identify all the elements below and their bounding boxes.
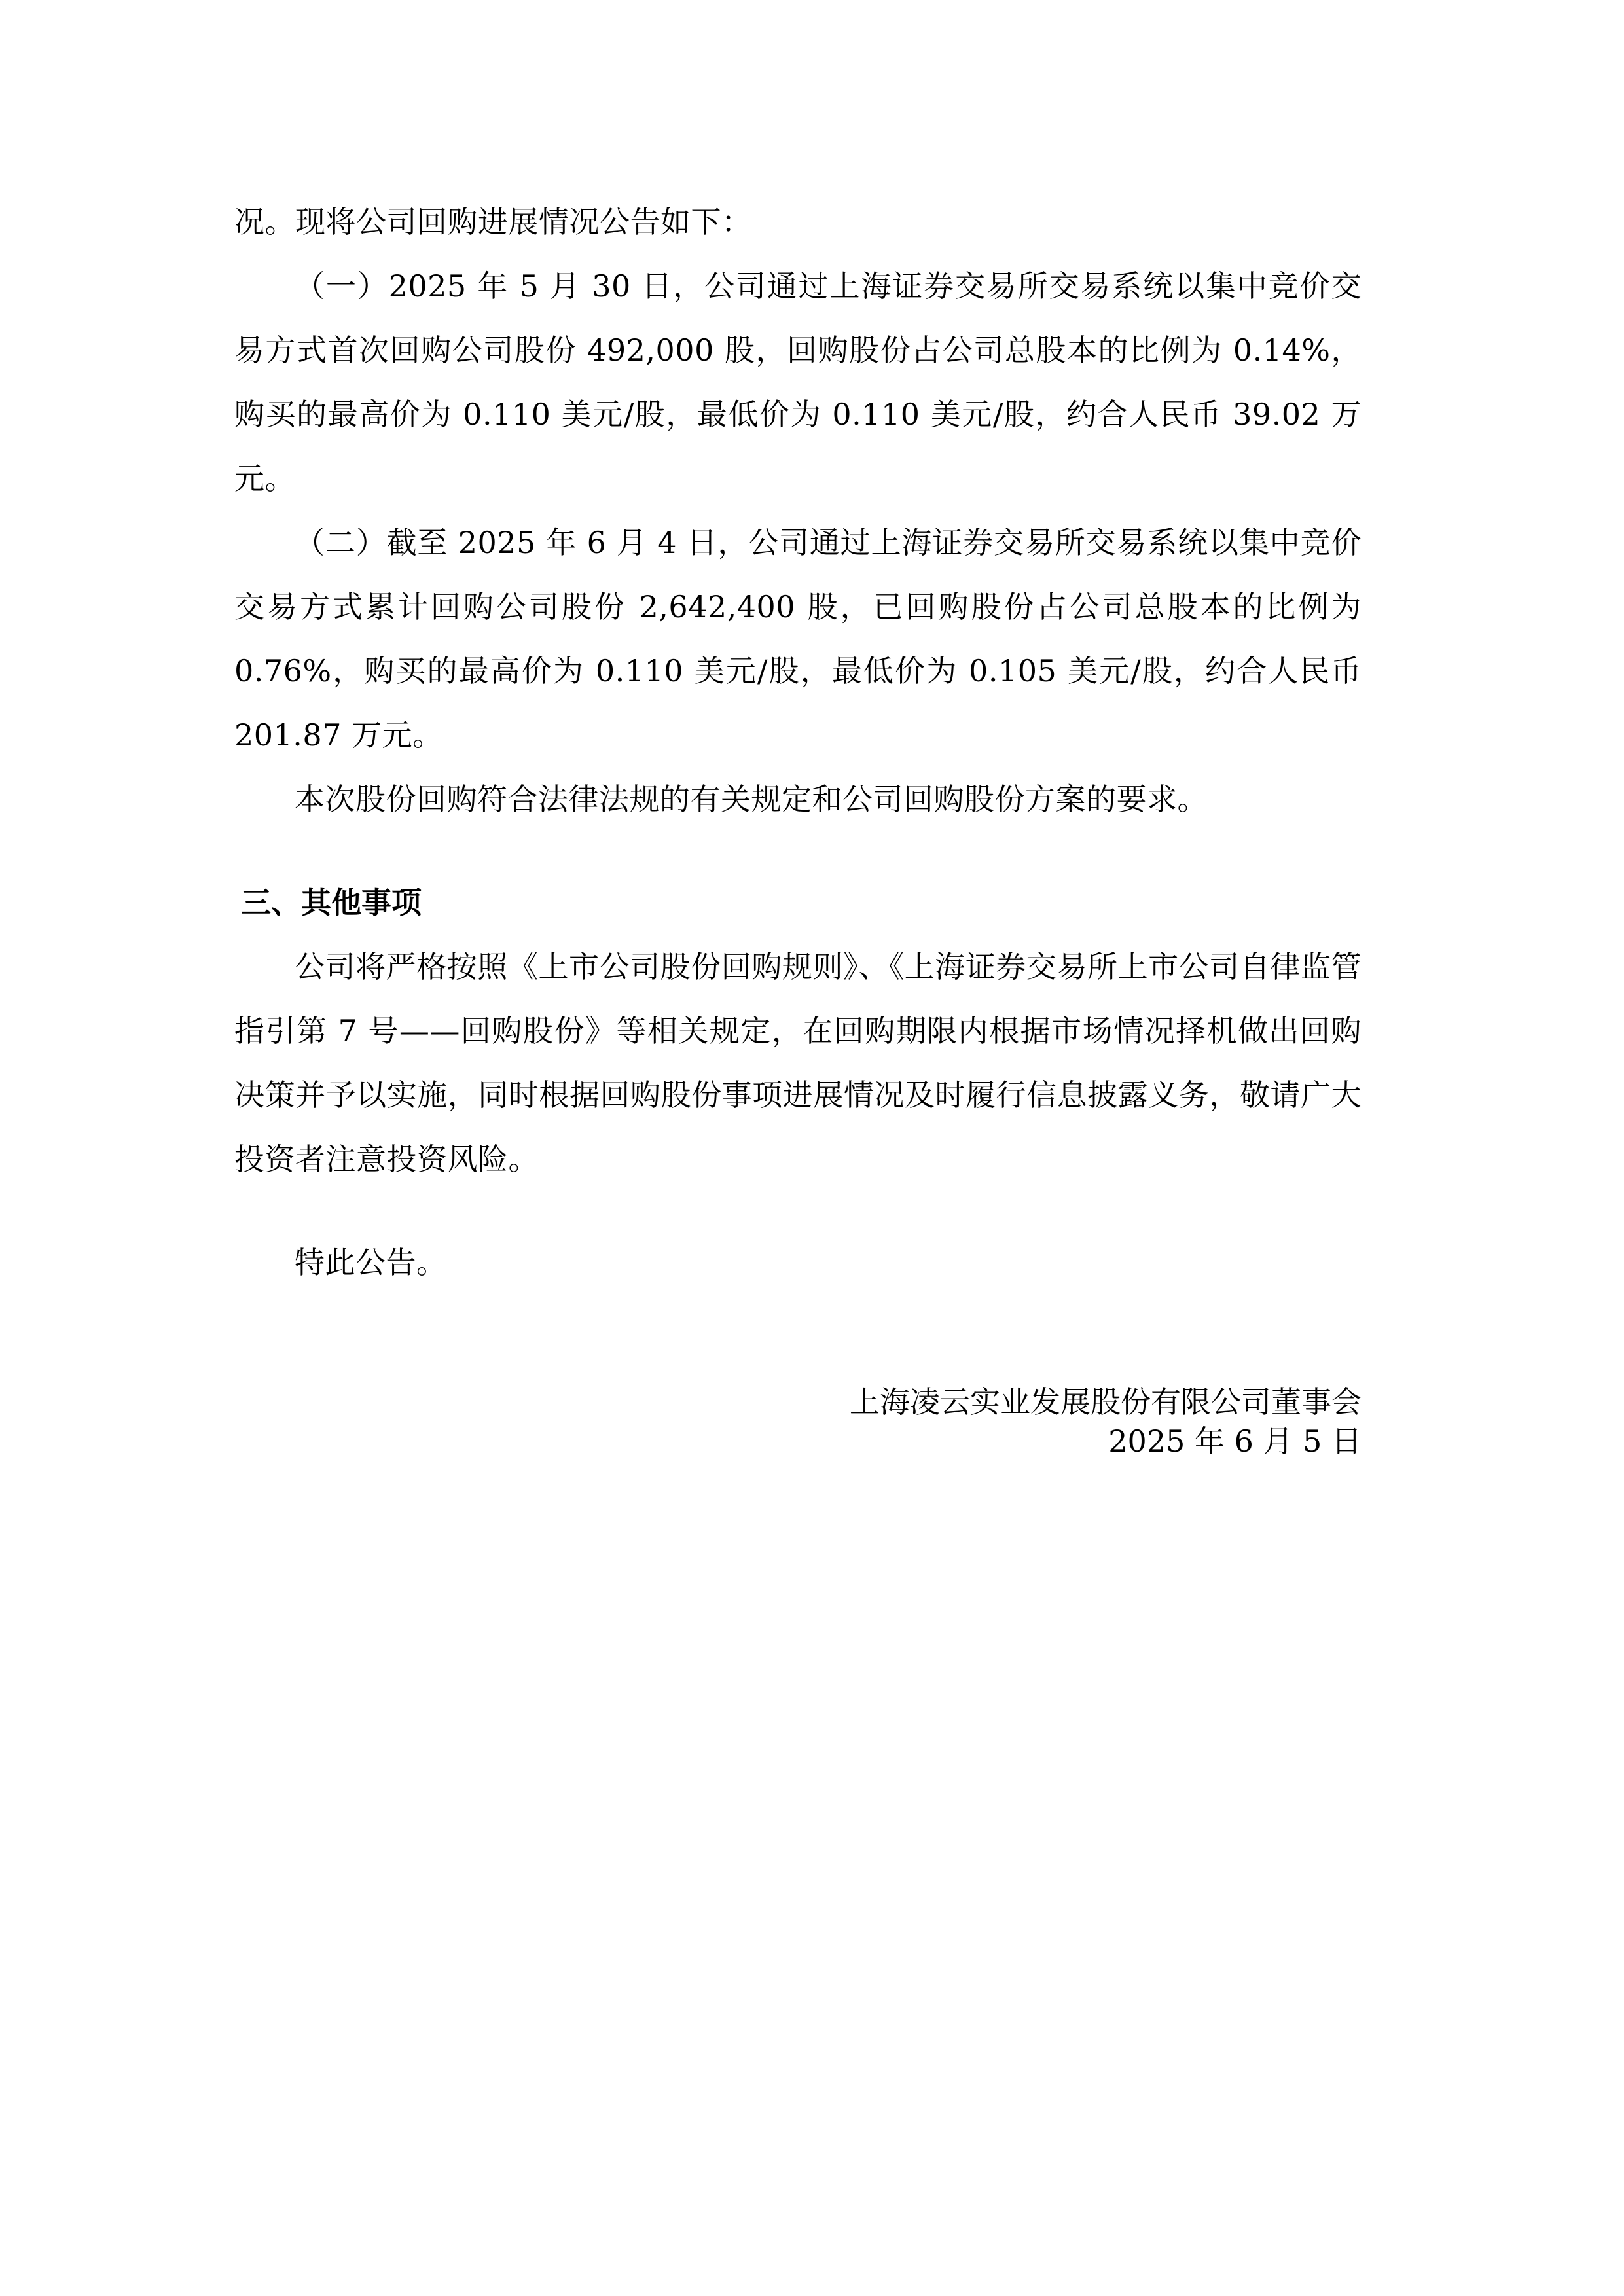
signature-organization: 上海凌云实业发展股份有限公司董事会 (850, 1382, 1362, 1422)
section-3-body: 公司将严格按照《上市公司股份回购规则》、《上海证券交易所上市公司自律监管指引第 … (234, 935, 1362, 1191)
spacer (234, 1191, 1362, 1230)
signature-date: 2025 年 6 月 5 日 (1108, 1422, 1362, 1461)
repurchase-item-2: （二）截至 2025 年 6 月 4 日，公司通过上海证券交易所交易系统以集中竞… (234, 511, 1362, 767)
repurchase-item-1: （一）2025 年 5 月 30 日，公司通过上海证券交易所交易系统以集中竞价交… (234, 254, 1362, 511)
intro-tail-paragraph: 况。现将公司回购进展情况公告如下： (234, 190, 1362, 254)
compliance-paragraph: 本次股份回购符合法律法规的有关规定和公司回购股份方案的要求。 (234, 767, 1362, 831)
closing-remark: 特此公告。 (234, 1230, 1362, 1295)
spacer (234, 831, 1362, 870)
document-body: 况。现将公司回购进展情况公告如下： （一）2025 年 5 月 30 日，公司通… (234, 190, 1362, 1295)
section-3-heading: 三、其他事项 (234, 870, 1362, 935)
